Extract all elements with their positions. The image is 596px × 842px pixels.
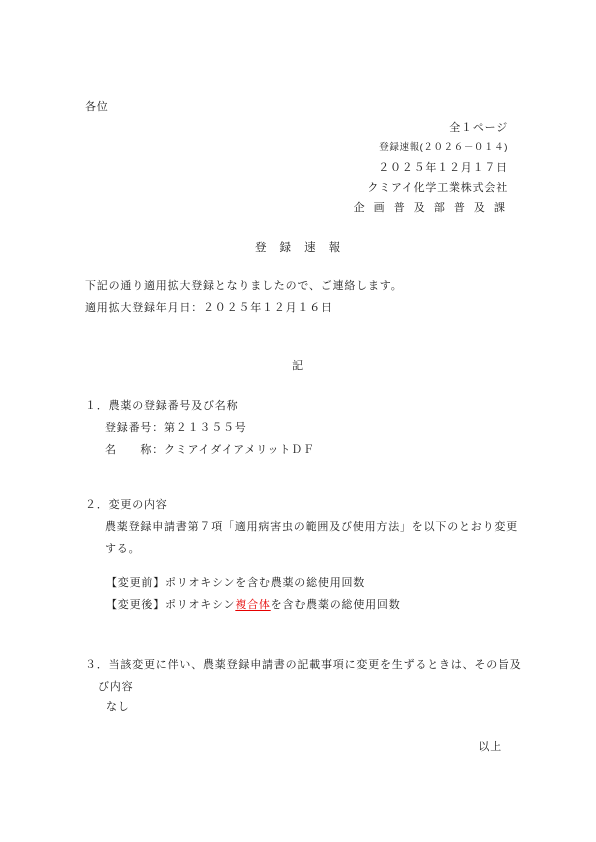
record-marker: 記 [0, 360, 596, 373]
bulletin-number: 登録速報(２０２６－０１４) [354, 141, 508, 161]
company-name: クミアイ化学工業株式会社 [354, 181, 508, 201]
recipient-line: 各位 [85, 101, 109, 114]
department-name: 企 画 普 及 部 普 及 課 [354, 201, 508, 221]
registration-number-line: 登録番号：第２１３５５号 [105, 422, 247, 435]
after-change-prefix: 【変更後】ポリオキシン [106, 599, 235, 611]
closing-mark: 以上 [478, 741, 502, 754]
intro-line-2: 適用拡大登録年月日：２０２５年１２月１６日 [85, 302, 333, 315]
change-description-line-1: 農薬登録申請書第７項「適用病害虫の範囲及び使用方法」を以下のとおり変更 [105, 521, 518, 534]
intro-line-1: 下記の通り適用拡大登録となりましたので、ご連絡します。 [85, 280, 403, 293]
document-header-block: 全１ページ 登録速報(２０２６－０１４) ２０２５年１２月１７日 クミアイ化学工… [354, 121, 508, 221]
section3-heading-line-1: ３．当該変更に伴い、農薬登録申請書の記載事項に変更を生ずるときは、その旨及 [85, 659, 522, 672]
document-title: 登 録 速 報 [0, 242, 596, 255]
document-page: 各位 全１ページ 登録速報(２０２６－０１４) ２０２５年１２月１７日 クミアイ… [0, 0, 596, 842]
section2-heading: ２．変更の内容 [85, 499, 168, 512]
product-name-line: 名 称：クミアイダイアメリットＤＦ [105, 444, 315, 457]
page-count: 全１ページ [354, 121, 508, 141]
section3-content: なし [106, 701, 130, 714]
before-change-line: 【変更前】ポリオキシンを含む農薬の総使用回数 [106, 577, 365, 590]
change-description-line-2: する。 [105, 543, 140, 556]
after-change-suffix: を含む農薬の総使用回数 [271, 599, 401, 611]
after-change-line: 【変更後】ポリオキシン複合体を含む農薬の総使用回数 [106, 599, 401, 612]
section1-heading: １．農薬の登録番号及び名称 [85, 400, 238, 413]
issue-date: ２０２５年１２月１７日 [354, 161, 508, 181]
changed-text-highlight: 複合体 [235, 599, 270, 611]
section3-heading-line-2: び内容 [98, 681, 133, 694]
